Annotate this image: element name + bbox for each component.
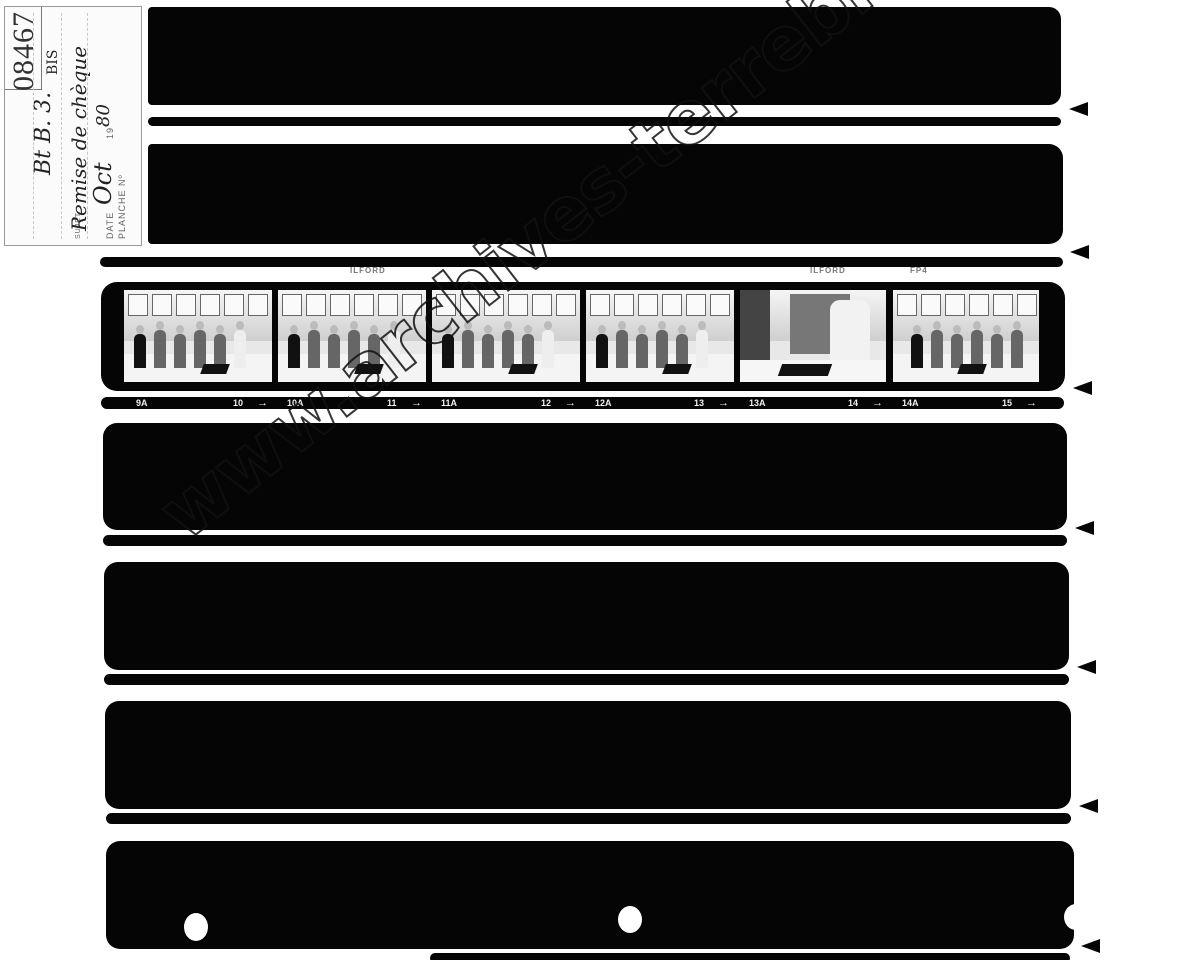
photo-frame-14a (893, 290, 1039, 382)
triangle-marker-icon (1073, 381, 1092, 395)
frame-arrow-icon: → (411, 397, 422, 409)
frame-number-13a: 13A (749, 398, 766, 408)
blank-film-strip (103, 423, 1067, 530)
frame-number-11a: 11A (441, 398, 457, 408)
triangle-marker-icon (1075, 521, 1094, 535)
photo-frame-10a (278, 290, 426, 382)
punch-hole (618, 906, 642, 933)
frame-arrow-icon: → (718, 397, 729, 409)
frame-number-10a: 10A (287, 398, 304, 408)
blank-film-strip (105, 701, 1071, 809)
photo-frame-12a (586, 290, 734, 382)
blank-film-strip (104, 562, 1069, 670)
frame-arrow-icon: → (872, 397, 883, 409)
planche-label: PLANCHE Nº (117, 174, 127, 239)
frame-number-15: 15 (1002, 398, 1012, 408)
triangle-marker-icon (1070, 245, 1089, 259)
punch-hole (184, 913, 208, 941)
date-label: DATE (105, 212, 115, 239)
triangle-marker-icon (1077, 660, 1096, 674)
blank-film-strip (148, 7, 1061, 105)
frame-number-14: 14 (848, 398, 858, 408)
planche-number: 08467 (7, 11, 41, 91)
triangle-marker-icon (1079, 799, 1098, 813)
film-edge: ILFORD ILFORD FP4 (100, 257, 1063, 267)
frame-number-9a: 9A (136, 398, 148, 408)
photo-frame-13a (740, 290, 886, 382)
blank-film-strip (106, 841, 1074, 949)
film-edge (106, 813, 1071, 824)
triangle-marker-icon (1069, 102, 1088, 116)
frame-number-12a: 12A (595, 398, 612, 408)
date-year: 80 (93, 104, 114, 127)
planche-number-box: 08467 (5, 7, 42, 90)
film-edge (430, 953, 1070, 960)
photo-film-strip (101, 282, 1065, 391)
photo-frame-11a (432, 290, 580, 382)
punch-hole (1064, 904, 1088, 930)
film-edge (104, 674, 1069, 685)
contact-sheet-label-card: 08467 PLANCHE Nº DATE Oct 19 80 BIS SUJE… (4, 6, 142, 246)
frame-number-10: 10 (233, 398, 243, 408)
frame-number-13: 13 (694, 398, 704, 408)
frame-arrow-icon: → (565, 397, 576, 409)
triangle-marker-icon (1081, 939, 1100, 953)
frame-number-edge: 9A10→10A11→11A12→12A13→13A14→14A15→ (101, 397, 1064, 409)
frame-number-14a: 14A (902, 398, 919, 408)
film-edge (148, 117, 1061, 126)
bis-mark: BIS (45, 50, 61, 75)
subject-line-2: Bt B. 3. (31, 92, 56, 175)
frame-arrow-icon: → (257, 397, 268, 409)
frame-arrow-icon: → (1026, 397, 1037, 409)
year-prefix: 19 (105, 127, 115, 139)
date-month: Oct (89, 162, 117, 205)
frame-number-12: 12 (541, 398, 551, 408)
blank-film-strip (148, 144, 1063, 244)
photo-frame-9a (124, 290, 272, 382)
frame-number-11: 11 (387, 398, 397, 408)
film-edge (103, 535, 1067, 546)
